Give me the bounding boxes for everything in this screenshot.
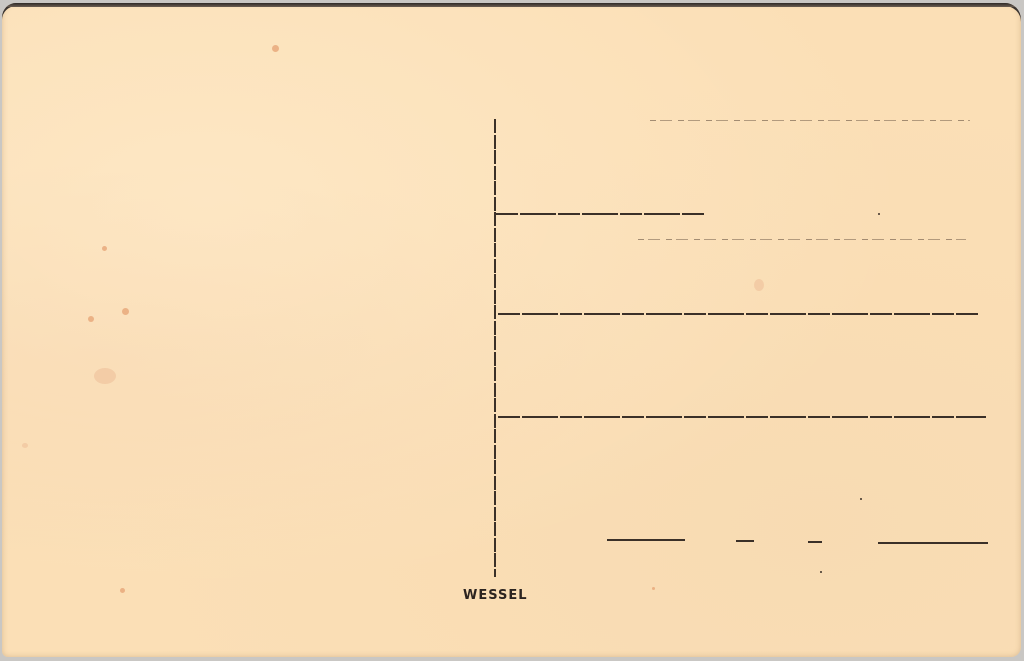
foxing-spot: [102, 246, 107, 251]
foxing-spot: [88, 316, 94, 322]
postcard-back: WESSEL: [2, 3, 1021, 657]
address-line-6-segment: [808, 541, 822, 543]
foxing-spot: [272, 45, 279, 52]
address-line-3: [638, 239, 966, 240]
foxing-spot: [120, 588, 125, 593]
ink-dot: [878, 213, 880, 215]
address-line-5: [498, 416, 986, 418]
ink-dot: [860, 498, 862, 500]
address-line-4: [498, 313, 978, 315]
address-line-1: [650, 120, 970, 121]
foxing-spot: [122, 308, 129, 315]
address-line-6-segment: [878, 542, 988, 544]
publisher-imprint: WESSEL: [463, 588, 528, 603]
foxing-spot: [94, 368, 116, 384]
ink-dot: [820, 571, 822, 573]
foxing-spot: [22, 443, 28, 448]
center-divider-line: [494, 119, 496, 577]
address-line-6-segment: [736, 540, 754, 542]
foxing-spot: [754, 279, 764, 291]
address-line-2: [496, 213, 704, 215]
foxing-spot: [652, 587, 655, 590]
address-line-6-segment: [607, 539, 685, 541]
